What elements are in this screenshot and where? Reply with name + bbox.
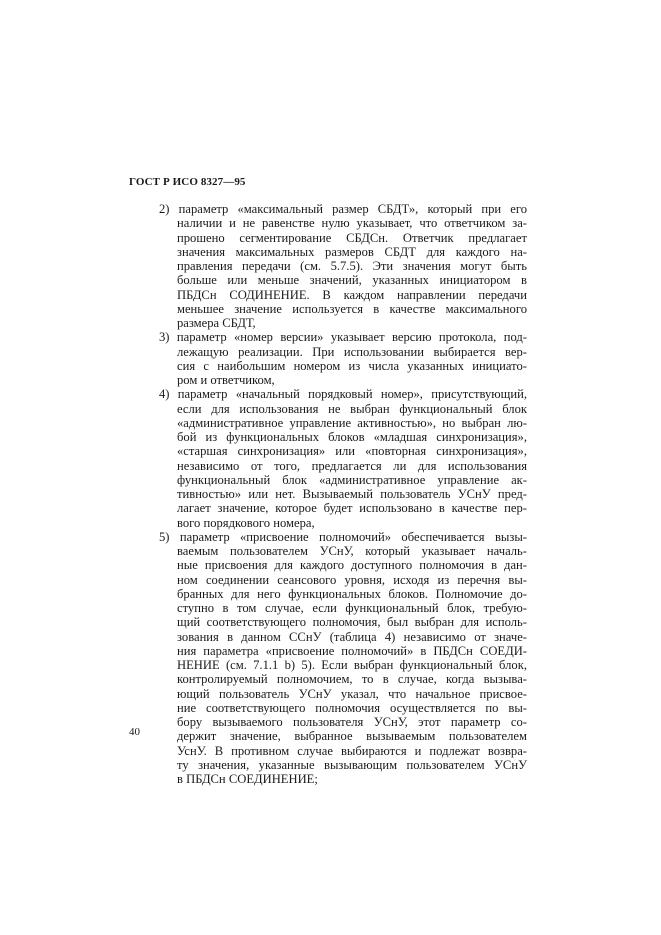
list-item-2: 2) параметр «максимальный размер СБДТ», … (159, 202, 527, 330)
text-line: размера СБДТ, (159, 316, 527, 330)
text-line: наличии и не равенстве нулю указывает, ч… (159, 216, 527, 230)
document-header: ГОСТ Р ИСО 8327—95 (129, 176, 246, 188)
text-line: ваемым пользователем УСнУ, который указы… (159, 544, 527, 558)
text-line: НЕНИЕ (см. 7.1.1 b) 5). Если выбран функ… (159, 658, 527, 672)
text-line: меньшее значение используется в качестве… (159, 302, 527, 316)
text-line: в ПБДСн СОЕДИНЕНИЕ; (159, 772, 527, 786)
text-line: 5) параметр «присвоение полномочий» обес… (159, 530, 527, 544)
document-body: 2) параметр «максимальный размер СБДТ», … (159, 202, 527, 786)
text-line: ние соответствующего полномочия осуществ… (159, 701, 527, 715)
text-line: если для использования не выбран функцио… (159, 402, 527, 416)
text-line: «старшая синхронизация» или «повторная с… (159, 444, 527, 458)
text-line: бой из функциональных блоков «младшая си… (159, 430, 527, 444)
text-line: щий соответствующего полномочия, был выб… (159, 615, 527, 629)
list-item-3: 3) параметр «номер версии» указывает вер… (159, 330, 527, 387)
text-line: прошено сегментирование СБДСн. Ответчик … (159, 231, 527, 245)
list-item-5: 5) параметр «присвоение полномочий» обес… (159, 530, 527, 787)
text-line: «административное управление активностью… (159, 416, 527, 430)
text-line: 2) параметр «максимальный размер СБДТ», … (159, 202, 527, 216)
text-line: контролируемый полномочием, то в случае,… (159, 672, 527, 686)
text-line: держит значение, выбранное вызываемым по… (159, 729, 527, 743)
text-line: значения максимальных размеров СБДТ для … (159, 245, 527, 259)
text-line: лагает значение, которое будет использов… (159, 501, 527, 515)
text-line: 3) параметр «номер версии» указывает вер… (159, 330, 527, 344)
text-line: лежащую реализации. При использовании вы… (159, 345, 527, 359)
text-line: ступно в том случае, если функциональный… (159, 601, 527, 615)
text-line: зования в данном ССнУ (таблица 4) незави… (159, 630, 527, 644)
text-line: бору вызываемого пользователя УСнУ, этот… (159, 715, 527, 729)
text-line: функциональный блок «административное уп… (159, 473, 527, 487)
text-line: бранных для него функциональных блоков. … (159, 587, 527, 601)
text-line: ром и ответчиком, (159, 373, 527, 387)
text-line: ном соединении сеансового уровня, исходя… (159, 573, 527, 587)
text-line: ющий пользователь УСнУ указал, что начал… (159, 687, 527, 701)
text-line: вого порядкового номера, (159, 516, 527, 530)
text-line: 4) параметр «начальный порядковый номер»… (159, 387, 527, 401)
text-line: правления передачи (см. 5.7.5). Эти знач… (159, 259, 527, 273)
text-line: тивностью» или нет. Вызываемый пользоват… (159, 487, 527, 501)
text-line: независимо от того, предлагается ли для … (159, 459, 527, 473)
text-line: сия с наибольшим номером из числа указан… (159, 359, 527, 373)
text-line: ту значения, указанные вызывающим пользо… (159, 758, 527, 772)
text-line: ПБДСн СОДИНЕНИЕ. В каждом направлении пе… (159, 288, 527, 302)
page-number: 40 (129, 726, 140, 738)
list-item-4: 4) параметр «начальный порядковый номер»… (159, 387, 527, 530)
text-line: УснУ. В противном случае выбираются и по… (159, 744, 527, 758)
text-line: больше или меньше значений, указанных ин… (159, 273, 527, 287)
text-line: ные присвоения для каждого доступного по… (159, 558, 527, 572)
text-line: ния параметра «присвоение полномочий» в … (159, 644, 527, 658)
